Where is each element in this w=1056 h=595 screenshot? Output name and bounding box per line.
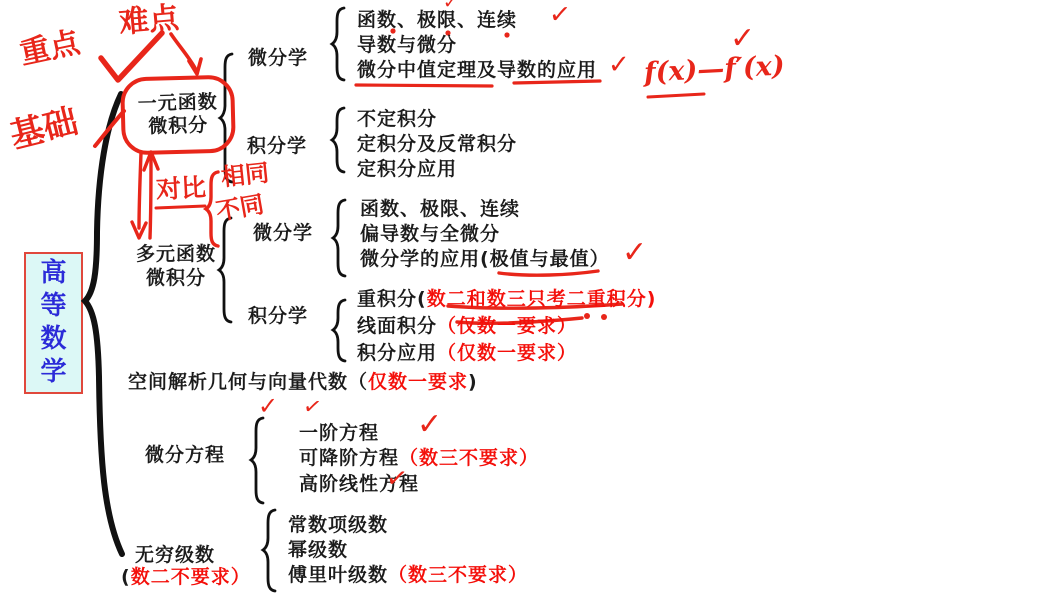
emphasis-dot bbox=[601, 314, 607, 320]
branch-differential-2: 微分学 bbox=[253, 221, 313, 246]
leaf-item: 线面积分（仅数一要求） bbox=[357, 313, 577, 340]
root-brace bbox=[85, 94, 122, 554]
hard-point-arrowhead bbox=[189, 59, 201, 74]
node-label-line: 多元函数 bbox=[133, 242, 219, 266]
brace-series bbox=[263, 510, 275, 591]
emphasis-dot bbox=[584, 313, 590, 319]
foundation-stroke bbox=[95, 111, 124, 146]
node-multi-variable-calculus: 多元函数 微积分 bbox=[133, 242, 219, 290]
compare-arrow-down-head bbox=[132, 222, 146, 238]
leaf-item: 函数、极限、连续 bbox=[357, 8, 517, 33]
mindmap-canvas: 高等数学 bbox=[0, 0, 1056, 595]
handwriting-compare: 对比 bbox=[155, 175, 206, 203]
compare-arrow-up bbox=[150, 158, 151, 238]
leaf-item: 不定积分 bbox=[357, 107, 437, 132]
leaf-item: 积分应用（仅数一要求） bbox=[357, 340, 577, 367]
handwriting-same: 相同 bbox=[220, 161, 270, 190]
handwriting-different: 不同 bbox=[214, 192, 265, 224]
underline-compare bbox=[156, 206, 205, 208]
branch-differential-1: 微分学 bbox=[248, 46, 308, 71]
leaf-item: 微分中值定理及导数的应用 bbox=[357, 58, 597, 83]
branch-infinite-series-note: (数二不要求） bbox=[121, 565, 251, 590]
check-icon: ✓ bbox=[548, 1, 572, 29]
leaf-item: 导数与微分 bbox=[357, 33, 457, 58]
branch-integral-1: 积分学 bbox=[247, 134, 307, 159]
underline-mvt bbox=[356, 85, 492, 86]
node-single-variable-calculus: 一元函数 微积分 bbox=[120, 75, 236, 156]
leaf-item: 幂级数 bbox=[288, 538, 348, 563]
check-icon: ✓ bbox=[258, 394, 278, 418]
leaf-item: 偏导数与全微分 bbox=[360, 222, 500, 247]
node-label-line: 微积分 bbox=[133, 266, 219, 290]
handwriting-foundation: 基础 bbox=[7, 104, 81, 153]
handwriting-key-point: 重点 bbox=[18, 28, 83, 70]
leaf-item: 微分学的应用(极值与最值） bbox=[360, 247, 610, 272]
check-icon: ✓ bbox=[301, 396, 323, 421]
leaf-item: 可降阶方程（数三不要求） bbox=[299, 446, 539, 471]
handwriting-formula: f(x)—f′(x) bbox=[643, 52, 785, 86]
brace-int1 bbox=[332, 108, 344, 172]
branch-analytic-geometry: 空间解析几何与向量代数（仅数一要求) bbox=[128, 370, 478, 395]
brace-int2 bbox=[333, 300, 345, 361]
check-icon: ✓ bbox=[384, 465, 409, 494]
check-icon: ✓ bbox=[443, 0, 458, 12]
leaf-item: 一阶方程 bbox=[299, 421, 379, 446]
leaf-item: 定积分应用 bbox=[357, 157, 457, 182]
leaf-item: 重积分(数二和数三只考二重积分) bbox=[357, 286, 656, 313]
node-label-line: 一元函数 bbox=[137, 91, 218, 116]
root-node-label: 高等数学 bbox=[39, 257, 69, 389]
big-check-stroke bbox=[101, 33, 162, 80]
underline-formula bbox=[648, 94, 704, 97]
compare-arrow-down bbox=[139, 153, 141, 228]
leaf-item: 定积分及反常积分 bbox=[357, 132, 517, 157]
brace-node2 bbox=[219, 218, 231, 322]
check-icon: ✓ bbox=[730, 24, 755, 54]
leaf-item: 函数、极限、连续 bbox=[360, 197, 520, 222]
node-label-line: 微积分 bbox=[148, 114, 209, 139]
brace-ode bbox=[251, 418, 263, 503]
check-icon: ✓ bbox=[622, 238, 647, 268]
emphasis-dot bbox=[504, 32, 509, 37]
hard-point-arrow bbox=[171, 34, 196, 70]
brace-diff2 bbox=[333, 200, 345, 276]
root-node-box: 高等数学 bbox=[24, 252, 83, 394]
check-icon: ✓ bbox=[608, 52, 630, 78]
handwriting-hard-point: 难点 bbox=[118, 3, 180, 38]
brace-diff1 bbox=[332, 8, 344, 80]
branch-integral-2: 积分学 bbox=[248, 304, 308, 329]
branch-ode: 微分方程 bbox=[145, 443, 225, 468]
leaf-item: 傅里叶级数（数三不要求） bbox=[288, 563, 528, 588]
check-icon: ✓ bbox=[417, 410, 442, 440]
leaf-item: 常数项级数 bbox=[288, 513, 388, 538]
